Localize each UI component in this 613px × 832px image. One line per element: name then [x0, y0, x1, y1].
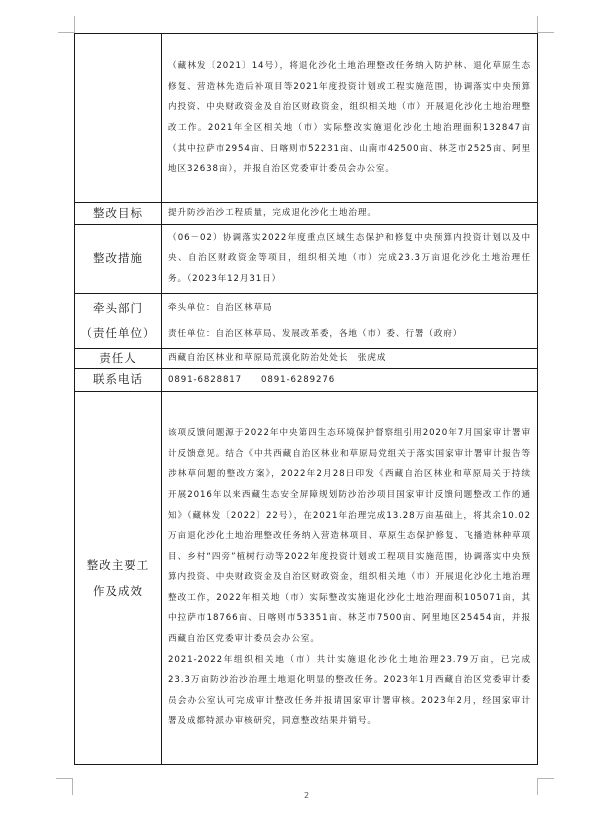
label-line-1: 牵头部门 — [75, 296, 161, 321]
row-label-goal: 整改目标 — [75, 203, 162, 225]
table-row-main-work: 整改主要工 作及成效 该项反馈问题源于2022年中央第四生态环境保护督察组引用2… — [75, 391, 538, 764]
row-content-responsible-person: 西藏自治区林业和草原局荒漠化防治处处长 张虎成 — [162, 348, 538, 368]
row-label-measures: 整改措施 — [75, 224, 162, 293]
row-content-lead-department: 牵头单位：自治区林草局 责任单位：自治区林草局、发展改革委，各地（市）委、行署（… — [162, 293, 538, 348]
lead-unit: 牵头单位：自治区林草局 — [168, 295, 531, 321]
table-row-continued: （藏林发〔2021〕14号），将退化沙化土地治理整改任务纳入防护林、退化草原生态… — [75, 34, 538, 203]
row-label-lead-department: 牵头部门 （责任单位） — [75, 293, 162, 348]
row-content-main-work: 该项反馈问题源于2022年中央第四生态环境保护督察组引用2020年7月国家审计署… — [162, 391, 538, 764]
row-label-responsible-person: 责任人 — [75, 348, 162, 368]
row-content-continued-text: （藏林发〔2021〕14号），将退化沙化土地治理整改任务纳入防护林、退化草原生态… — [162, 34, 538, 203]
table-row-measures: 整改措施 （06－02）协调落实2022年度重点区域生态保护和修复中央预算内投资… — [75, 224, 538, 293]
page-corner-mark-top-right — [537, 16, 554, 33]
main-work-paragraph-1: 该项反馈问题源于2022年中央第四生态环境保护督察组引用2020年7月国家审计署… — [168, 423, 531, 650]
main-work-paragraph-2: 2021-2022年组织相关地（市）共计实施退化沙化土地治理23.79万亩，已完… — [168, 650, 531, 732]
row-content-phone: 0891-6828817 0891-6289276 — [162, 368, 538, 391]
table-row-lead-department: 牵头部门 （责任单位） 牵头单位：自治区林草局 责任单位：自治区林草局、发展改革… — [75, 293, 538, 348]
page-number: 2 — [0, 791, 613, 800]
row-content-goal: 提升防沙治沙工程质量，完成退化沙化土地治理。 — [162, 203, 538, 225]
row-label-main-work: 整改主要工 作及成效 — [75, 391, 162, 764]
page-corner-mark-top-left — [58, 16, 75, 33]
label-line-2: （责任单位） — [75, 321, 161, 346]
rectification-table: （藏林发〔2021〕14号），将退化沙化土地治理整改任务纳入防护林、退化草原生态… — [74, 33, 538, 765]
row-label-phone: 联系电话 — [75, 368, 162, 391]
row-content-measures: （06－02）协调落实2022年度重点区域生态保护和修复中央预算内投资计划以及中… — [162, 224, 538, 293]
table-row-phone: 联系电话 0891-6828817 0891-6289276 — [75, 368, 538, 391]
table-row-responsible-person: 责任人 西藏自治区林业和草原局荒漠化防治处处长 张虎成 — [75, 348, 538, 368]
table-row-goal: 整改目标 提升防沙治沙工程质量，完成退化沙化土地治理。 — [75, 203, 538, 225]
label-line-1: 整改主要工 — [75, 552, 161, 578]
label-line-2: 作及成效 — [75, 578, 161, 604]
responsible-units: 责任单位：自治区林草局、发展改革委，各地（市）委、行署（政府） — [168, 321, 531, 347]
row-label — [75, 34, 162, 203]
